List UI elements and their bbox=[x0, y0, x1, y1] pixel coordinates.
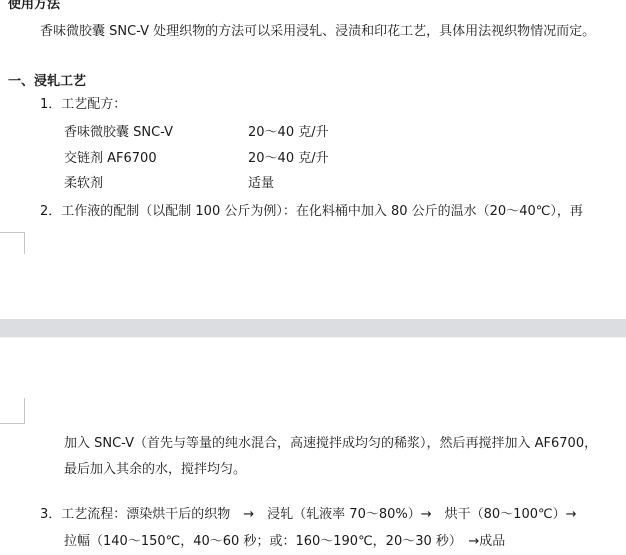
doc-title: 使用方法 bbox=[8, 0, 60, 13]
list-item-1-label: 1．工艺配方： bbox=[40, 97, 126, 113]
formula-row: 香味微胶囊 SNC-V 20～40 克/升 bbox=[64, 121, 544, 137]
list-item-3-line-1: 3．工艺流程：漂染烘干后的织物 → 浸轧（轧液率 70～80%）→ 烘干（80～… bbox=[40, 507, 576, 523]
formula-ingredient: 香味微胶囊 SNC-V bbox=[64, 121, 173, 140]
formula-row: 交链剂 AF6700 20～40 克/升 bbox=[64, 147, 544, 163]
formula-amount: 20～40 克/升 bbox=[248, 121, 329, 140]
page2-top-margin-crop-mark bbox=[0, 398, 25, 424]
formula-ingredient: 柔软剂 bbox=[64, 172, 103, 191]
list-item-2-line-3: 最后加入其余的水，搅拌均匀。 bbox=[64, 462, 246, 478]
list-item-2-line-2: 加入 SNC-V（首先与等量的纯水混合，高速搅拌成均匀的稀浆），然后再搅拌加入 … bbox=[64, 436, 597, 452]
page-2: 加入 SNC-V（首先与等量的纯水混合，高速搅拌成均匀的稀浆），然后再搅拌加入 … bbox=[0, 338, 626, 555]
page-separator bbox=[0, 319, 626, 338]
intro-paragraph: 香味微胶囊 SNC-V 处理织物的方法可以采用浸轧、浸渍和印花工艺，具体用法视织… bbox=[40, 24, 595, 40]
formula-amount: 20～40 克/升 bbox=[248, 147, 329, 166]
formula-ingredient: 交链剂 AF6700 bbox=[64, 147, 157, 166]
formula-row: 柔软剂 适量 bbox=[64, 172, 544, 188]
formula-amount: 适量 bbox=[248, 172, 274, 191]
page1-bottom-margin-crop-mark bbox=[0, 232, 25, 254]
page-1: 使用方法 香味微胶囊 SNC-V 处理织物的方法可以采用浸轧、浸渍和印花工艺，具… bbox=[0, 0, 626, 319]
list-item-3-line-2: 拉幅（140～150℃，40～60 秒；或：160～190℃，20～30 秒） … bbox=[64, 534, 505, 550]
section-heading: 一、浸轧工艺 bbox=[8, 74, 86, 90]
document-print-layout-view: 使用方法 香味微胶囊 SNC-V 处理织物的方法可以采用浸轧、浸渍和印花工艺，具… bbox=[0, 0, 626, 555]
list-item-2-line-1: 2．工作液的配制（以配制 100 公斤为例）：在化料桶中加入 80 公斤的温水（… bbox=[40, 204, 583, 220]
